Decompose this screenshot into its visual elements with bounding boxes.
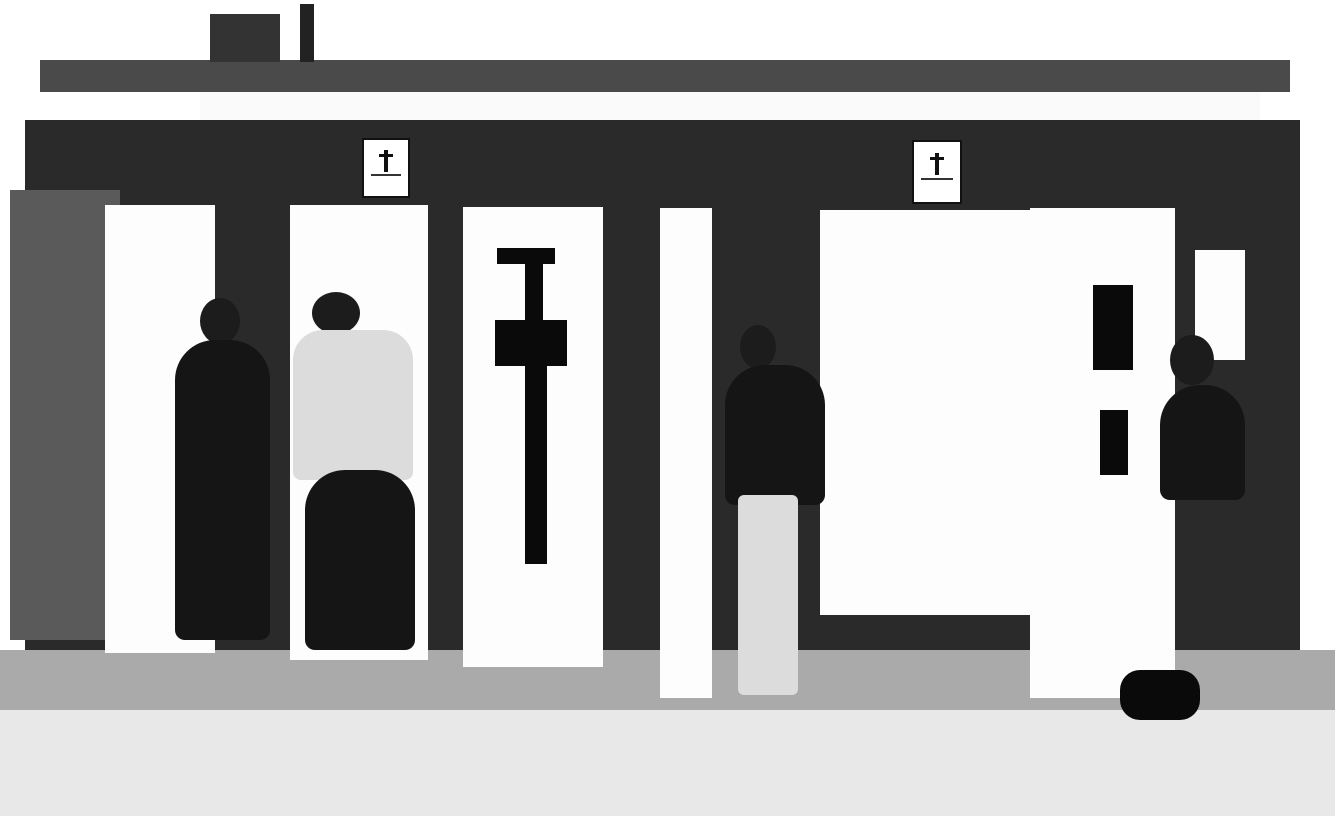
- white-panel: [820, 210, 1040, 615]
- person-legs: [305, 470, 415, 650]
- white-panel: [660, 208, 712, 698]
- brick-wall-left: [10, 190, 120, 640]
- chimney: [210, 14, 280, 62]
- person-head: [740, 325, 776, 369]
- person: [725, 365, 825, 505]
- person-torso: [293, 330, 413, 480]
- roof-edge: [40, 60, 1290, 92]
- tool-silhouette: [525, 262, 543, 322]
- tool-silhouette: [495, 320, 567, 366]
- roof-band: [200, 92, 1260, 120]
- photograph: [0, 0, 1335, 816]
- person-head: [312, 292, 360, 334]
- person: [175, 340, 270, 640]
- tool-silhouette: [525, 364, 547, 564]
- person-head: [200, 298, 240, 344]
- shoes: [1120, 670, 1200, 720]
- sign-with-cross-icon: [912, 140, 962, 204]
- person-head: [1170, 335, 1214, 385]
- pipe: [300, 4, 314, 62]
- object-silhouette: [1093, 285, 1133, 370]
- sign-with-cross-icon: [362, 138, 410, 198]
- person: [1160, 385, 1245, 500]
- object-silhouette: [1100, 410, 1128, 475]
- person-legs: [738, 495, 798, 695]
